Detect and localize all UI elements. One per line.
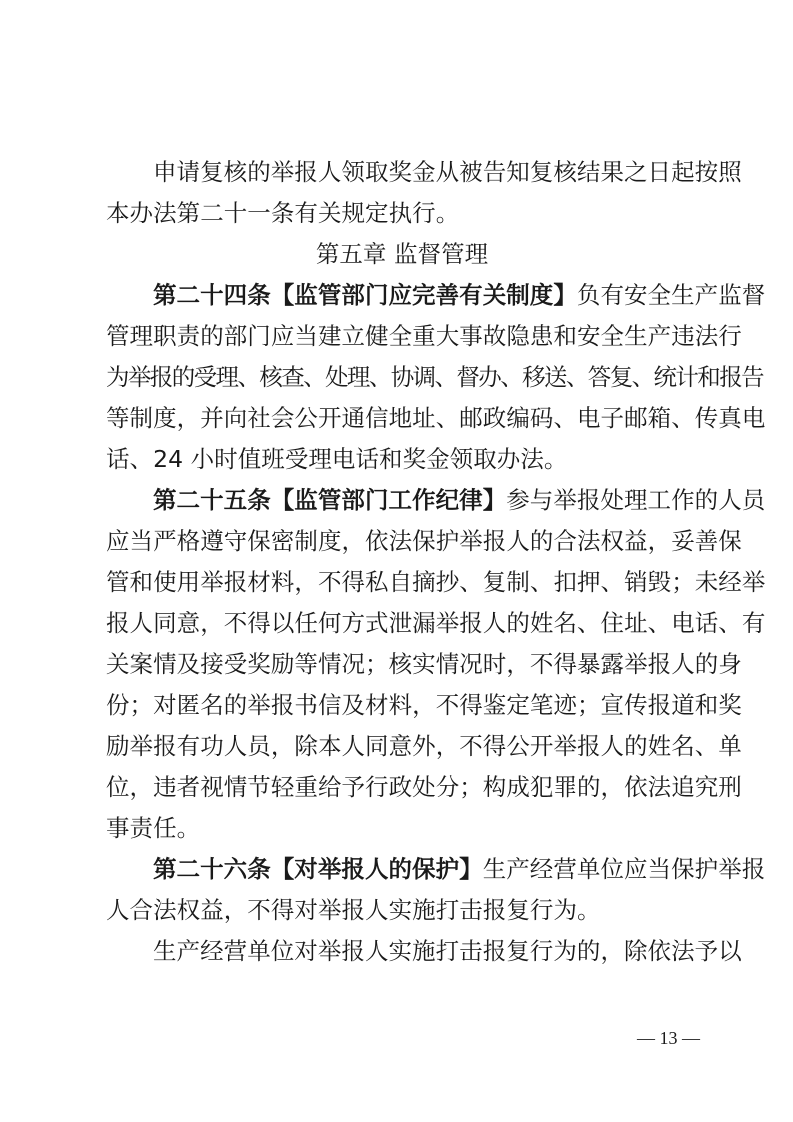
paragraph-line: 人合法权益，不得对举报人实施打击报复行为。	[106, 890, 698, 931]
article-title: 第二十四条【监管部门应完善有关制度】	[153, 281, 577, 309]
paragraph-line: 生产经营单位对举报人实施打击报复行为的，除依法予以	[106, 931, 698, 972]
paragraph-line: 申请复核的举报人领取奖金从被告知复核结果之日起按照	[106, 152, 698, 193]
paragraph-line: 应当严格遵守保密制度，依法保护举报人的合法权益，妥善保	[106, 521, 698, 562]
paragraph-line: 等制度，并向社会公开通信地址、邮政编码、电子邮箱、传真电	[106, 398, 698, 439]
page-number: — 13 —	[620, 1028, 700, 1049]
article-26-start: 第二十六条【对举报人的保护】生产经营单位应当保护举报	[106, 849, 698, 890]
paragraph-line: 话、24 小时值班受理电话和奖金领取办法。	[106, 439, 698, 480]
article-title: 第二十六条【对举报人的保护】	[153, 855, 483, 883]
paragraph-line: 关案情及接受奖励等情况；核实情况时，不得暴露举报人的身	[106, 644, 698, 685]
paragraph-line: 本办法第二十一条有关规定执行。	[106, 193, 698, 234]
paragraph-line: 报人同意，不得以任何方式泄漏举报人的姓名、住址、电话、有	[106, 603, 698, 644]
article-text: 生产经营单位应当保护举报	[483, 855, 766, 883]
paragraph-line: 份；对匿名的举报书信及材料，不得鉴定笔迹；宣传报道和奖	[106, 685, 698, 726]
paragraph-line: 管理职责的部门应当建立健全重大事故隐患和安全生产违法行	[106, 316, 698, 357]
chapter-heading: 第五章 监督管理	[106, 234, 698, 275]
document-body: 申请复核的举报人领取奖金从被告知复核结果之日起按照 本办法第二十一条有关规定执行…	[106, 152, 698, 972]
article-24-start: 第二十四条【监管部门应完善有关制度】负有安全生产监督	[106, 275, 698, 316]
article-25-start: 第二十五条【监管部门工作纪律】参与举报处理工作的人员	[106, 480, 698, 521]
paragraph-line: 事责任。	[106, 808, 698, 849]
article-text: 负有安全生产监督	[577, 281, 765, 309]
article-text: 参与举报处理工作的人员	[506, 486, 765, 514]
paragraph-line: 励举报有功人员，除本人同意外，不得公开举报人的姓名、单	[106, 726, 698, 767]
paragraph-line: 管和使用举报材料，不得私自摘抄、复制、扣押、销毁；未经举	[106, 562, 698, 603]
article-title: 第二十五条【监管部门工作纪律】	[153, 486, 506, 514]
paragraph-line: 为举报的受理、核查、处理、协调、督办、移送、答复、统计和报告	[106, 357, 698, 398]
paragraph-line: 位，违者视情节轻重给予行政处分；构成犯罪的，依法追究刑	[106, 767, 698, 808]
